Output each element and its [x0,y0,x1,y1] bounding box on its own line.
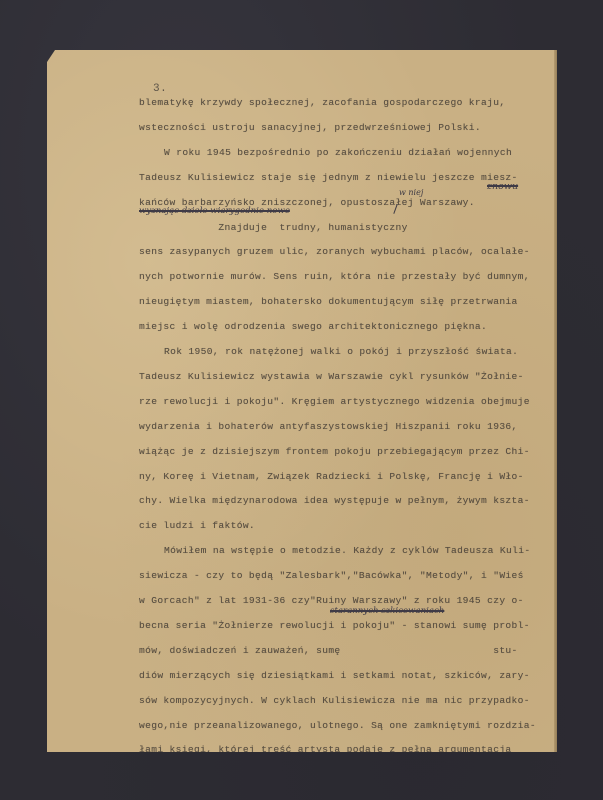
text-line: wego,nie przeanalizowanego, ulotnego. Są… [139,720,536,732]
text-line: chy. Wielka międzynarodowa idea występuj… [139,495,530,507]
text-line: Tadeusz Kulisiewicz wystawia w Warszawie… [139,371,524,383]
text-line: Tadeusz Kulisiewicz staje się jednym z n… [139,172,518,184]
text-line: diów mierzących się dziesiątkami i setka… [139,670,530,682]
text-line: nieugiętym miastem, bohatersko dokumentu… [139,296,518,308]
typewritten-page: 3. blematykę krzywdy społecznej, zacofan… [47,50,557,752]
text-line: wiążąc je z dzisiejszym frontem pokoju p… [139,446,530,458]
text-line: ny, Koreę i Vietnam, Związek Radziecki i… [139,471,524,483]
page-number: 3. [153,83,167,95]
text-line: mów, doświadczeń i zauważeń, sumę stu- [139,645,518,657]
text-line: sens zasypanych gruzem ulic, zoranych wy… [139,246,530,258]
text-line: wydarzenia i bohaterów antyfaszystowskie… [139,421,518,433]
text-line: Znajduje trudny, humanistyczny [139,222,408,234]
text-line: cie ludzi i faktów. [139,520,255,532]
text-line: sów kompozycyjnych. W cyklach Kulisiewic… [139,695,530,707]
text-line: siewicza - czy to będą "Zalesbark","Bacó… [139,570,524,582]
text-line: W roku 1945 bezpośrednio po zakończeniu … [164,147,512,159]
struck-phrase-annotation: wyznając dzieło wiarygodnie nowe [139,206,290,216]
text-line: Rok 1950, rok natężonej walki o pokój i … [164,346,518,358]
text-line: Mówiłem na wstępie o metodzie. Każdy z c… [164,545,530,557]
text-line: becna seria "Żołnierze rewolucji i pokoj… [139,620,530,632]
text-line: blematykę krzywdy społecznej, zacofania … [139,97,505,109]
text-line: rze rewolucji i pokoju". Kręgiem artysty… [139,396,530,408]
text-line: wsteczności ustroju sanacyjnej, przedwrz… [139,122,481,134]
struck-word-annotation: znowu [487,181,518,192]
handwritten-insertion: w niej [399,188,423,197]
text-line: miejsc i wolę odrodzenia swego architekt… [139,321,487,333]
struck-phrase-annotation-2: starannych szkicowaniach [330,606,444,616]
text-line: nych potwornie murów. Sens ruin, która n… [139,271,530,283]
